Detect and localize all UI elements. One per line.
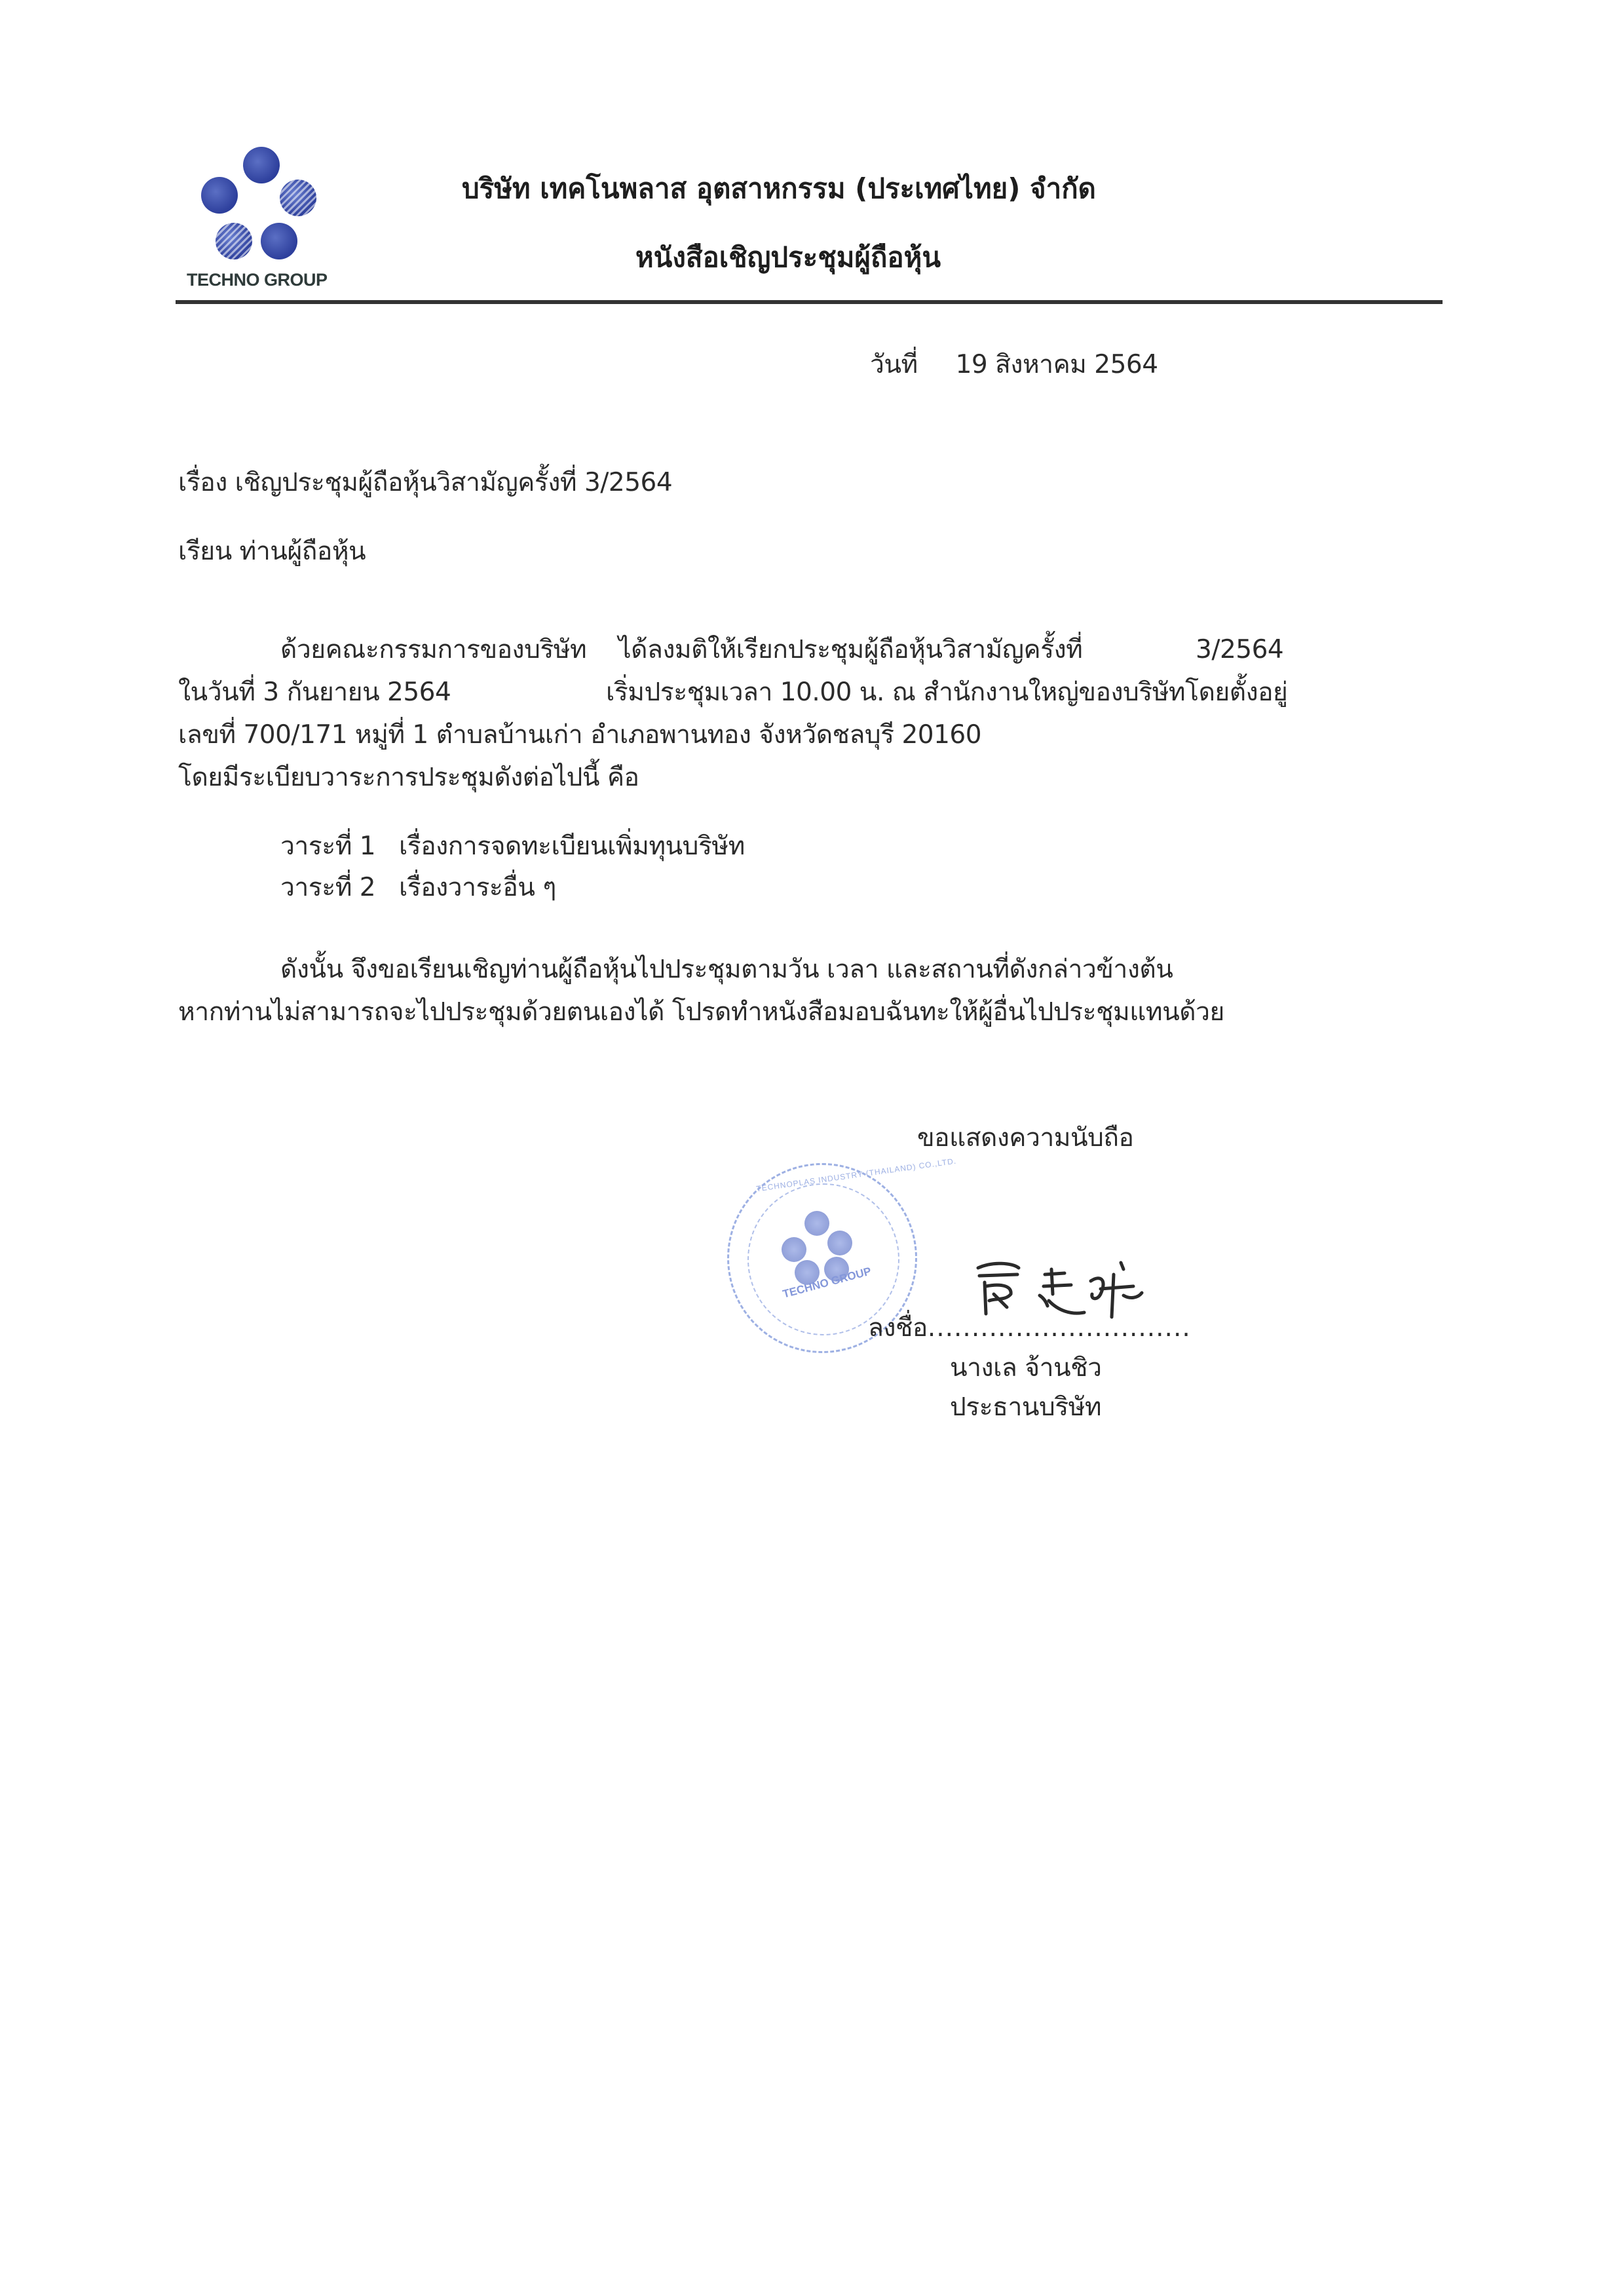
- logo-dot: [201, 177, 238, 214]
- logo-dot: [216, 223, 252, 259]
- logo-dot: [261, 223, 297, 259]
- date-value: 19 สิงหาคม 2564: [956, 350, 1158, 379]
- subject-line: เรื่อง เชิญประชุมผู้ถือหุ้นวิสามัญครั้งท…: [178, 470, 672, 495]
- body-line1-a: ด้วยคณะกรรมการของบริษัท: [280, 637, 586, 662]
- agenda-label: วาระที่ 1: [280, 832, 375, 861]
- stamp-ring-text: TECHNOPLAS INDUSTRY (THAILAND) CO.,LTD.: [756, 1157, 957, 1194]
- company-logo: TECHNO GROUP: [187, 145, 334, 293]
- meeting-address: เลขที่ 700/171 หมู่ที่ 1 ตำบลบ้านเก่า อำ…: [178, 722, 981, 748]
- stamp-dot: [782, 1237, 806, 1262]
- document-title: หนังสือเชิญประชุมผู้ถือหุ้น: [635, 236, 941, 279]
- agenda-item: วาระที่ 1 เรื่องการจดทะเบียนเพิ่มทุนบริษ…: [280, 833, 745, 859]
- agenda-text: เรื่องวาระอื่น ๆ: [399, 873, 556, 902]
- agenda-label: วาระที่ 2: [280, 873, 375, 902]
- date-label: วันที่: [870, 350, 918, 379]
- meeting-number: 3/2564: [1196, 637, 1283, 662]
- signer-name: นางเล จ้านชิว: [950, 1355, 1102, 1381]
- signature-line: ลงชื่อ..............................: [868, 1315, 1191, 1341]
- body-line1-b: ได้ลงมติให้เรียกประชุมผู้ถือหุ้นวิสามัญค…: [618, 637, 1082, 662]
- closing-line2: หากท่านไม่สามารถจะไปประชุมด้วยตนเองได้ โ…: [178, 999, 1224, 1025]
- agenda-text: เรื่องการจดทะเบียนเพิ่มทุนบริษัท: [399, 832, 745, 861]
- logo-dot: [280, 180, 316, 216]
- logo-dot: [243, 147, 280, 183]
- agenda-item: วาระที่ 2 เรื่องวาระอื่น ๆ: [280, 875, 556, 900]
- logo-text: TECHNO GROUP: [187, 270, 328, 290]
- salutation: เรียน ท่านผู้ถือหุ้น: [178, 539, 366, 564]
- header-divider: [176, 300, 1443, 304]
- agenda-intro: โดยมีระเบียบวาระการประชุมดังต่อไปนี้ คือ: [178, 765, 639, 790]
- regards: ขอแสดงความนับถือ: [917, 1125, 1133, 1151]
- signer-position: ประธานบริษัท: [950, 1394, 1101, 1420]
- stamp-dot: [827, 1231, 852, 1255]
- closing-line1: ดังนั้น จึงขอเรียนเชิญท่านผู้ถือหุ้นไปปร…: [280, 957, 1173, 982]
- meeting-date: ในวันที่ 3 กันยายน 2564: [178, 679, 451, 705]
- meeting-time-place: เริ่มประชุมเวลา 10.00 น. ณ สำนักงานใหญ่ข…: [606, 679, 1287, 705]
- sign-label: ลงชื่อ: [868, 1313, 928, 1343]
- stamp-dot: [804, 1211, 829, 1236]
- sign-dots: ..............................: [928, 1313, 1191, 1343]
- company-name: บริษัท เทคโนพลาส อุตสาหกรรม (ประเทศไทย) …: [462, 167, 1096, 210]
- date-line: วันที่ 19 สิงหาคม 2564: [870, 352, 1158, 377]
